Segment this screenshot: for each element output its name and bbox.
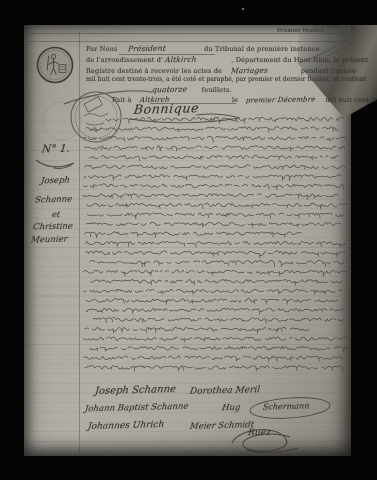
signature-meier: Meier Schmidt xyxy=(189,420,254,432)
line5-hand-fill: quatorze xyxy=(151,85,187,95)
preamble-line2: de l'arrondissement d' Altkirch , Départ… xyxy=(86,55,368,64)
signature-dorothea: Dorothea Meril xyxy=(189,385,260,397)
line3-printed-after: pendant l'année xyxy=(301,67,356,75)
margin-name-2: Schanne xyxy=(34,195,72,206)
margin-name-4: Christine xyxy=(32,221,73,232)
preamble-line4: mil huit cent trente-trois, a été coté e… xyxy=(86,76,366,83)
line2-printed-before: de l'arrondissement d' xyxy=(86,56,163,64)
preamble-line3: Registre destiné à recevoir les actes de… xyxy=(86,66,356,75)
line6-printed-mid: le xyxy=(232,96,238,104)
margin-name-3: et xyxy=(51,210,60,219)
line2-hand-fill: Altkirch xyxy=(165,55,198,65)
signature-schermann-circled: Schermann xyxy=(262,401,310,411)
scanned-registry-page: Premier feuillet. Par Nous Président du … xyxy=(0,0,377,480)
signature-joseph-schanne: Joseph Schanne xyxy=(94,384,176,397)
line2-printed-after: , Département du Haut-Rhin, le présent xyxy=(231,56,368,64)
signature-ruez-paraph: Ruez xyxy=(247,428,271,439)
folio-note: Premier feuillet. xyxy=(277,28,326,34)
line3-hand-fill: Mariages xyxy=(231,65,269,75)
line6-hand-date: premier Décembre xyxy=(245,95,315,104)
margin-name-5: Meunier xyxy=(30,235,68,246)
preamble-line1: Par Nous Président du Tribunal de premiè… xyxy=(86,44,348,53)
line5-printed-after: feuillets. xyxy=(202,86,232,94)
scan-speck xyxy=(242,8,244,10)
signature-hug: Hug xyxy=(221,403,241,413)
line6-printed-before: Fait à xyxy=(112,96,131,104)
line1-printed-after: du Tribunal de première instance xyxy=(204,45,319,53)
margin-name-1: Joseph xyxy=(40,176,70,187)
act-number: N° 1. xyxy=(41,143,70,156)
margin-rule xyxy=(79,31,80,455)
line3-printed-before: Registre destiné à recevoir les actes de xyxy=(86,67,222,75)
line1-hand-fill: Président xyxy=(127,44,166,54)
signature-johannes: Johannes Uhrich xyxy=(87,420,164,432)
president-signature: Bonnique xyxy=(133,100,200,117)
line1-printed-before: Par Nous xyxy=(86,45,117,53)
line6-printed-after: mil huit cent trente-deux. xyxy=(325,96,377,104)
preamble-line5: quatorze feuillets. xyxy=(152,85,232,94)
